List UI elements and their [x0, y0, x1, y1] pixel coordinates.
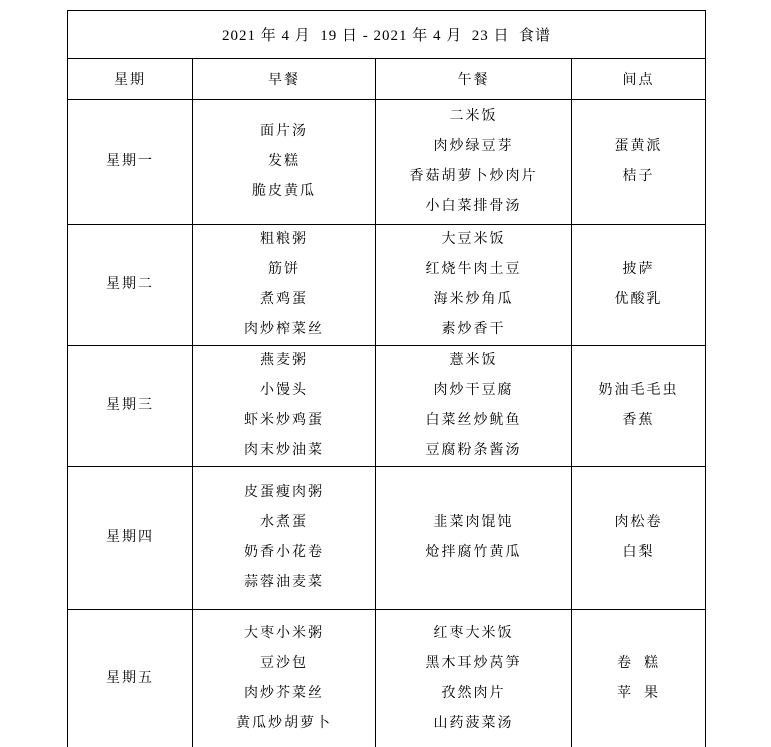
menu-row: 星期四皮蛋瘦肉粥水煮蛋奶香小花卷蒜蓉油麦菜韭菜肉馄饨炝拌腐竹黄瓜肉松卷白梨: [68, 467, 706, 610]
dish-item: 大豆米饭: [442, 225, 506, 255]
breakfast-dish-list: 燕麦粥小馒头虾米炒鸡蛋肉末炒油菜: [193, 346, 375, 466]
column-header-lunch: 午餐: [376, 59, 572, 100]
dish-item: 黑木耳炒莴笋: [426, 649, 522, 679]
dish-item: 肉炒干豆腐: [434, 376, 514, 406]
dish-item: 薏米饭: [450, 346, 498, 376]
breakfast-cell: 大枣小米粥豆沙包肉炒芥菜丝黄瓜炒胡萝卜: [193, 610, 376, 747]
snack-dish-list: 卷 糕苹 果: [572, 649, 705, 709]
dish-item: 韭菜肉馄饨: [434, 508, 514, 538]
lunch-dish-list: 二米饭肉炒绿豆芽香菇胡萝卜炒肉片小白菜排骨汤: [376, 102, 571, 222]
dish-item: 海米炒角瓜: [434, 285, 514, 315]
column-header-day: 星期: [68, 59, 193, 100]
column-header-breakfast: 早餐: [193, 59, 376, 100]
dish-item: 二米饭: [450, 102, 498, 132]
day-cell: 星期二: [68, 225, 193, 346]
dish-item: 蛋黄派: [615, 132, 663, 162]
dish-item: 发糕: [268, 147, 300, 177]
lunch-dish-list: 薏米饭肉炒干豆腐白菜丝炒鱿鱼豆腐粉条酱汤: [376, 346, 571, 466]
dish-item: 红枣大米饭: [434, 619, 514, 649]
snack-dish-list: 奶油毛毛虫香蕉: [572, 376, 705, 436]
snack-cell: 蛋黄派桔子: [572, 100, 706, 225]
dish-item: 桔子: [623, 162, 655, 192]
dish-item: 虾米炒鸡蛋: [244, 406, 324, 436]
dish-item: 筋饼: [268, 255, 300, 285]
dish-item: 煮鸡蛋: [260, 285, 308, 315]
snack-dish-list: 披萨优酸乳: [572, 255, 705, 315]
menu-table: 2021 年 4 月 19 日 - 2021 年 4 月 23 日 食谱 星期 …: [67, 10, 706, 747]
snack-dish-list: 肉松卷白梨: [572, 508, 705, 568]
lunch-cell: 红枣大米饭黑木耳炒莴笋孜然肉片山药菠菜汤: [376, 610, 572, 747]
lunch-cell: 韭菜肉馄饨炝拌腐竹黄瓜: [376, 467, 572, 610]
day-cell: 星期三: [68, 346, 193, 467]
dish-item: 粗粮粥: [260, 225, 308, 255]
dish-item: 肉炒榨菜丝: [244, 315, 324, 345]
breakfast-dish-list: 大枣小米粥豆沙包肉炒芥菜丝黄瓜炒胡萝卜: [193, 619, 375, 739]
column-header-snack: 间点: [572, 59, 706, 100]
snack-cell: 披萨优酸乳: [572, 225, 706, 346]
snack-cell: 卷 糕苹 果: [572, 610, 706, 747]
menu-row: 星期五大枣小米粥豆沙包肉炒芥菜丝黄瓜炒胡萝卜红枣大米饭黑木耳炒莴笋孜然肉片山药菠…: [68, 610, 706, 747]
menu-row: 星期三燕麦粥小馒头虾米炒鸡蛋肉末炒油菜薏米饭肉炒干豆腐白菜丝炒鱿鱼豆腐粉条酱汤奶…: [68, 346, 706, 467]
dish-item: 大枣小米粥: [244, 619, 324, 649]
header-row: 星期 早餐 午餐 间点: [68, 59, 706, 100]
dish-item: 奶香小花卷: [244, 538, 324, 568]
dish-item: 水煮蛋: [260, 508, 308, 538]
dish-item: 皮蛋瘦肉粥: [244, 478, 324, 508]
dish-item: 黄瓜炒胡萝卜: [236, 709, 332, 739]
menu-row: 星期一面片汤发糕脆皮黄瓜二米饭肉炒绿豆芽香菇胡萝卜炒肉片小白菜排骨汤蛋黄派桔子: [68, 100, 706, 225]
dish-item: 豆腐粉条酱汤: [426, 436, 522, 466]
title-row: 2021 年 4 月 19 日 - 2021 年 4 月 23 日 食谱: [68, 11, 706, 59]
day-cell: 星期一: [68, 100, 193, 225]
dish-item: 蒜蓉油麦菜: [244, 568, 324, 598]
dish-item: 豆沙包: [260, 649, 308, 679]
menu-row: 星期二粗粮粥筋饼煮鸡蛋肉炒榨菜丝大豆米饭红烧牛肉土豆海米炒角瓜素炒香干披萨优酸乳: [68, 225, 706, 346]
day-cell: 星期四: [68, 467, 193, 610]
dish-item: 肉末炒油菜: [244, 436, 324, 466]
dish-item: 脆皮黄瓜: [252, 177, 316, 207]
dish-item: 奶油毛毛虫: [599, 376, 679, 406]
lunch-dish-list: 大豆米饭红烧牛肉土豆海米炒角瓜素炒香干: [376, 225, 571, 345]
snack-cell: 奶油毛毛虫香蕉: [572, 346, 706, 467]
lunch-cell: 二米饭肉炒绿豆芽香菇胡萝卜炒肉片小白菜排骨汤: [376, 100, 572, 225]
breakfast-dish-list: 皮蛋瘦肉粥水煮蛋奶香小花卷蒜蓉油麦菜: [193, 478, 375, 598]
breakfast-cell: 燕麦粥小馒头虾米炒鸡蛋肉末炒油菜: [193, 346, 376, 467]
dish-item: 香蕉: [623, 406, 655, 436]
breakfast-dish-list: 面片汤发糕脆皮黄瓜: [193, 117, 375, 207]
lunch-dish-list: 韭菜肉馄饨炝拌腐竹黄瓜: [376, 508, 571, 568]
dish-item: 面片汤: [260, 117, 308, 147]
dish-item: 香菇胡萝卜炒肉片: [410, 162, 538, 192]
breakfast-cell: 面片汤发糕脆皮黄瓜: [193, 100, 376, 225]
breakfast-cell: 粗粮粥筋饼煮鸡蛋肉炒榨菜丝: [193, 225, 376, 346]
dish-item: 孜然肉片: [442, 679, 506, 709]
dish-item: 红烧牛肉土豆: [426, 255, 522, 285]
dish-item: 肉松卷: [615, 508, 663, 538]
lunch-cell: 大豆米饭红烧牛肉土豆海米炒角瓜素炒香干: [376, 225, 572, 346]
snack-dish-list: 蛋黄派桔子: [572, 132, 705, 192]
menu-rows: 星期一面片汤发糕脆皮黄瓜二米饭肉炒绿豆芽香菇胡萝卜炒肉片小白菜排骨汤蛋黄派桔子星…: [68, 100, 706, 747]
dish-item: 炝拌腐竹黄瓜: [426, 538, 522, 568]
dish-item: 苹 果: [617, 679, 660, 709]
dish-item: 素炒香干: [442, 315, 506, 345]
dish-item: 白梨: [623, 538, 655, 568]
breakfast-dish-list: 粗粮粥筋饼煮鸡蛋肉炒榨菜丝: [193, 225, 375, 345]
dish-item: 卷 糕: [617, 649, 660, 679]
lunch-cell: 薏米饭肉炒干豆腐白菜丝炒鱿鱼豆腐粉条酱汤: [376, 346, 572, 467]
dish-item: 披萨: [623, 255, 655, 285]
lunch-dish-list: 红枣大米饭黑木耳炒莴笋孜然肉片山药菠菜汤: [376, 619, 571, 739]
dish-item: 肉炒绿豆芽: [434, 132, 514, 162]
dish-item: 小白菜排骨汤: [426, 192, 522, 222]
dish-item: 燕麦粥: [260, 346, 308, 376]
breakfast-cell: 皮蛋瘦肉粥水煮蛋奶香小花卷蒜蓉油麦菜: [193, 467, 376, 610]
dish-item: 小馒头: [260, 376, 308, 406]
table-title: 2021 年 4 月 19 日 - 2021 年 4 月 23 日 食谱: [68, 11, 706, 59]
dish-item: 优酸乳: [615, 285, 663, 315]
dish-item: 山药菠菜汤: [434, 709, 514, 739]
dish-item: 白菜丝炒鱿鱼: [426, 406, 522, 436]
dish-item: 肉炒芥菜丝: [244, 679, 324, 709]
day-cell: 星期五: [68, 610, 193, 747]
snack-cell: 肉松卷白梨: [572, 467, 706, 610]
document-page: 2021 年 4 月 19 日 - 2021 年 4 月 23 日 食谱 星期 …: [0, 0, 771, 747]
